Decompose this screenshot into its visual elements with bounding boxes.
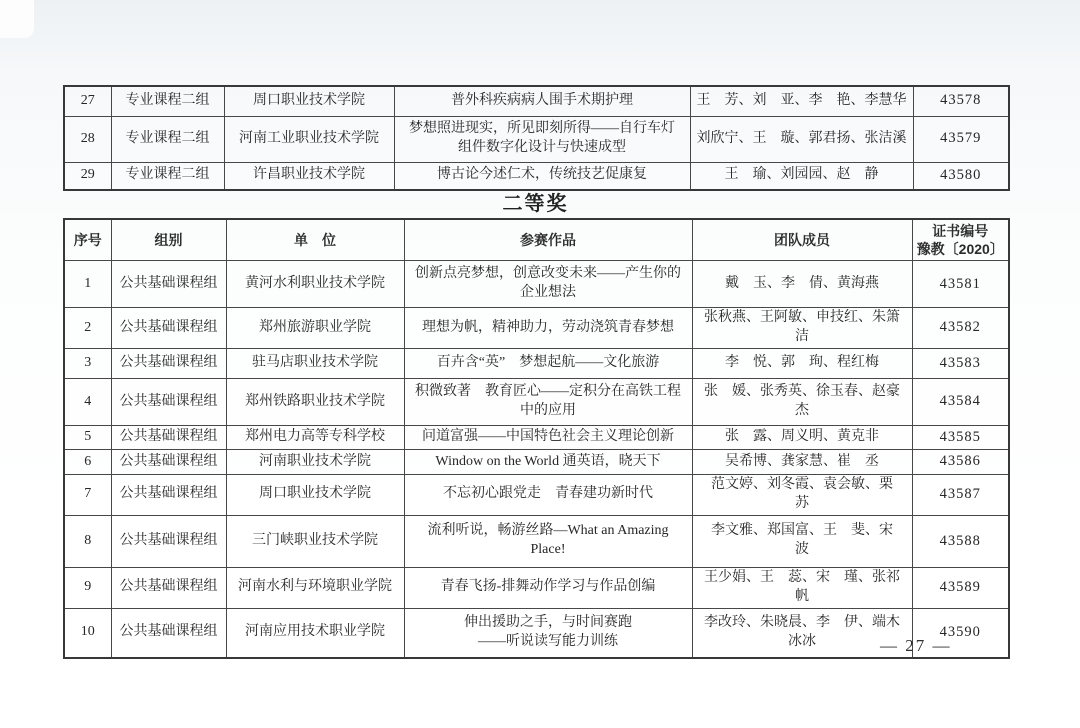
cell-work: 流利听说，畅游丝路—What an Amazing Place! — [404, 515, 692, 567]
cell-unit: 郑州铁路职业技术学院 — [226, 379, 404, 426]
cell-serial: 27 — [64, 86, 111, 116]
cell-serial: 2 — [64, 308, 111, 349]
cell-cert-number: 43585 — [912, 426, 1009, 450]
cell-unit: 周口职业技术学院 — [224, 86, 394, 116]
table-row: 9 公共基础课程组 河南水利与环境职业学院 青春飞扬-排舞动作学习与作品创编 王… — [64, 567, 1009, 608]
cell-group: 公共基础课程组 — [111, 608, 226, 658]
cell-unit: 驻马店职业技术学院 — [226, 349, 404, 379]
cell-cert-number: 43586 — [912, 450, 1009, 475]
table-row: 7 公共基础课程组 周口职业技术学院 不忘初心跟党走 青春建功新时代 范文婷、刘… — [64, 475, 1009, 516]
cell-serial: 3 — [64, 349, 111, 379]
header-serial: 序号 — [64, 219, 111, 261]
cell-group: 专业课程二组 — [111, 162, 224, 190]
cell-team: 张 露、周义明、黄克非 — [692, 426, 912, 450]
table-row: 2 公共基础课程组 郑州旅游职业学院 理想为帆，精神助力，劳动浇筑青春梦想 张秋… — [64, 308, 1009, 349]
section-heading: 二等奖 — [63, 187, 1008, 217]
table-row: 8 公共基础课程组 三门峡职业技术学院 流利听说，畅游丝路—What an Am… — [64, 515, 1009, 567]
cell-group: 公共基础课程组 — [111, 475, 226, 516]
cell-group: 专业课程二组 — [111, 116, 224, 162]
cell-cert-number: 43583 — [912, 349, 1009, 379]
cell-unit: 周口职业技术学院 — [226, 475, 404, 516]
cell-work: Window on the World 通英语，晓天下 — [404, 450, 692, 475]
cell-group: 公共基础课程组 — [111, 261, 226, 308]
cell-work: 普外科疾病病人围手术期护理 — [394, 86, 690, 116]
table-header-row: 序号 组别 单 位 参赛作品 团队成员 证书编号 豫教〔2020〕 — [64, 219, 1009, 261]
cell-serial: 5 — [64, 426, 111, 450]
cell-serial: 10 — [64, 608, 111, 658]
cell-cert-number: 43580 — [913, 162, 1009, 190]
cell-serial: 9 — [64, 567, 111, 608]
cell-work: 积微致著 教育匠心——定积分在高铁工程中的应用 — [404, 379, 692, 426]
cell-serial: 1 — [64, 261, 111, 308]
cell-group: 公共基础课程组 — [111, 567, 226, 608]
cell-team: 李改玲、朱晓晨、李 伊、端木冰冰 — [692, 608, 912, 658]
award-table-continued: 27 专业课程二组 周口职业技术学院 普外科疾病病人围手术期护理 王 芳、刘 亚… — [63, 85, 1010, 191]
cell-cert-number: 43579 — [913, 116, 1009, 162]
cell-work: 博古论今述仁术，传统技艺促康复 — [394, 162, 690, 190]
cell-cert-number: 43584 — [912, 379, 1009, 426]
cell-team: 李 悦、郭 珣、程红梅 — [692, 349, 912, 379]
table-row: 10 公共基础课程组 河南应用技术职业学院 伸出援助之手，与时间赛跑 ——听说读… — [64, 608, 1009, 658]
cell-team: 范文婷、刘冬霞、袁会敏、栗 苏 — [692, 475, 912, 516]
cell-team: 王 瑜、刘园园、赵 静 — [690, 162, 913, 190]
cell-cert-number: 43581 — [912, 261, 1009, 308]
cell-unit: 河南应用技术职业学院 — [226, 608, 404, 658]
table-row: 5 公共基础课程组 郑州电力高等专科学校 问道富强——中国特色社会主义理论创新 … — [64, 426, 1009, 450]
cell-unit: 河南水利与环境职业学院 — [226, 567, 404, 608]
header-unit: 单 位 — [226, 219, 404, 261]
cell-group: 公共基础课程组 — [111, 379, 226, 426]
cell-serial: 6 — [64, 450, 111, 475]
cell-team: 戴 玉、李 倩、黄海燕 — [692, 261, 912, 308]
table-row: 4 公共基础课程组 郑州铁路职业技术学院 积微致著 教育匠心——定积分在高铁工程… — [64, 379, 1009, 426]
cell-unit: 三门峡职业技术学院 — [226, 515, 404, 567]
cell-group: 专业课程二组 — [111, 86, 224, 116]
cell-cert-number: 43582 — [912, 308, 1009, 349]
cell-serial: 4 — [64, 379, 111, 426]
cell-cert-number: 43588 — [912, 515, 1009, 567]
cell-team: 张 媛、张秀英、徐玉春、赵豪杰 — [692, 379, 912, 426]
table-row: 28 专业课程二组 河南工业职业技术学院 梦想照进现实，所见即刻所得——自行车灯… — [64, 116, 1009, 162]
cell-cert-number: 43589 — [912, 567, 1009, 608]
cell-work: 理想为帆，精神助力，劳动浇筑青春梦想 — [404, 308, 692, 349]
table-row: 3 公共基础课程组 驻马店职业技术学院 百卉含“英” 梦想起航——文化旅游 李 … — [64, 349, 1009, 379]
table-row: 27 专业课程二组 周口职业技术学院 普外科疾病病人围手术期护理 王 芳、刘 亚… — [64, 86, 1009, 116]
cell-unit: 许昌职业技术学院 — [224, 162, 394, 190]
header-work: 参赛作品 — [404, 219, 692, 261]
cell-group: 公共基础课程组 — [111, 349, 226, 379]
page-number: — 27 — — [880, 636, 952, 656]
header-cert-number: 证书编号 豫教〔2020〕 — [912, 219, 1009, 261]
table-row: 1 公共基础课程组 黄河水利职业技术学院 创新点亮梦想，创意改变未来——产生你的… — [64, 261, 1009, 308]
cell-work: 创新点亮梦想，创意改变未来——产生你的企业想法 — [404, 261, 692, 308]
cell-serial: 7 — [64, 475, 111, 516]
cell-unit: 黄河水利职业技术学院 — [226, 261, 404, 308]
cell-work: 问道富强——中国特色社会主义理论创新 — [404, 426, 692, 450]
cell-team: 李文雅、郑国富、王 斐、宋 波 — [692, 515, 912, 567]
cell-unit: 郑州电力高等专科学校 — [226, 426, 404, 450]
cell-work: 不忘初心跟党走 青春建功新时代 — [404, 475, 692, 516]
cell-unit: 郑州旅游职业学院 — [226, 308, 404, 349]
cell-unit: 河南工业职业技术学院 — [224, 116, 394, 162]
cell-work: 梦想照进现实，所见即刻所得——自行车灯组件数字化设计与快速成型 — [394, 116, 690, 162]
cell-team: 吴希博、龚家慧、崔 丞 — [692, 450, 912, 475]
photo-corner-artifact — [0, 0, 34, 38]
cell-cert-number: 43578 — [913, 86, 1009, 116]
cell-work: 青春飞扬-排舞动作学习与作品创编 — [404, 567, 692, 608]
cell-unit: 河南职业技术学院 — [226, 450, 404, 475]
cell-serial: 28 — [64, 116, 111, 162]
header-team: 团队成员 — [692, 219, 912, 261]
cell-work: 伸出援助之手，与时间赛跑 ——听说读写能力训练 — [404, 608, 692, 658]
cell-group: 公共基础课程组 — [111, 450, 226, 475]
cell-team: 张秋燕、王阿敏、申技红、朱箫洁 — [692, 308, 912, 349]
header-group: 组别 — [111, 219, 226, 261]
second-prize-table: 序号 组别 单 位 参赛作品 团队成员 证书编号 豫教〔2020〕 1 公共基础… — [63, 218, 1010, 659]
table-row: 29 专业课程二组 许昌职业技术学院 博古论今述仁术，传统技艺促康复 王 瑜、刘… — [64, 162, 1009, 190]
cell-group: 公共基础课程组 — [111, 308, 226, 349]
cell-team: 王 芳、刘 亚、李 艳、李慧华 — [690, 86, 913, 116]
cell-team: 刘欣宁、王 璇、郭君扬、张洁溪 — [690, 116, 913, 162]
table-row: 6 公共基础课程组 河南职业技术学院 Window on the World 通… — [64, 450, 1009, 475]
cell-serial: 8 — [64, 515, 111, 567]
cell-serial: 29 — [64, 162, 111, 190]
cell-group: 公共基础课程组 — [111, 426, 226, 450]
cell-group: 公共基础课程组 — [111, 515, 226, 567]
cell-work: 百卉含“英” 梦想起航——文化旅游 — [404, 349, 692, 379]
cell-cert-number: 43587 — [912, 475, 1009, 516]
cell-team: 王少娟、王 蕊、宋 瑾、张祁帆 — [692, 567, 912, 608]
